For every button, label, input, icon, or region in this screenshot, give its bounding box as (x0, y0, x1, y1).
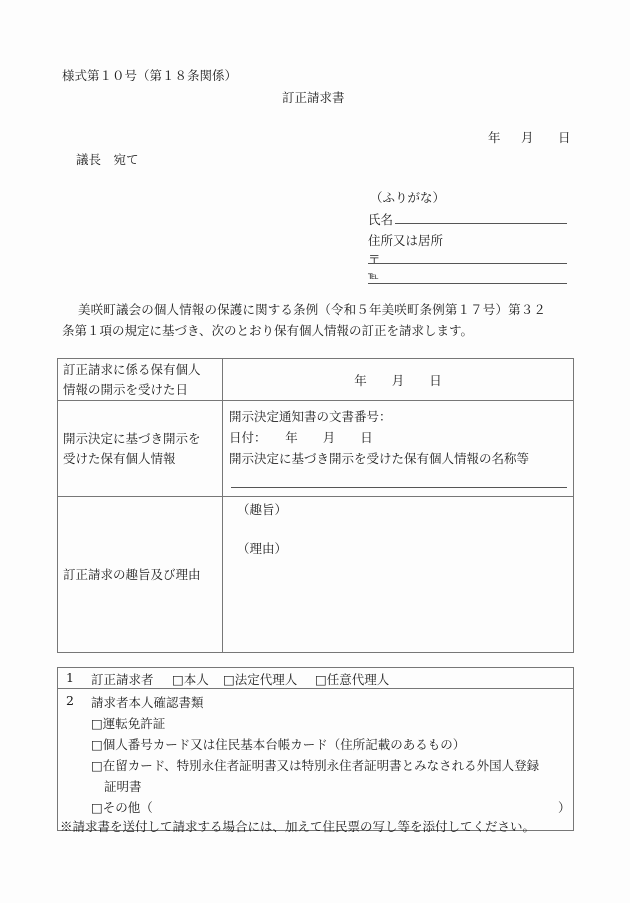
other-close-paren: ） (558, 798, 571, 816)
table-row-purpose-reason: 訂正請求の趣旨及び理由 （趣旨） （理由） (58, 497, 574, 653)
requester-label: 訂正請求者 (91, 670, 154, 688)
disclosure-date-label: 訂正請求に係る保有個人 情報の開示を受けた日 (58, 359, 223, 401)
id-docs-label: 請求者本人確認書類 (91, 693, 204, 711)
id-docs-section: 2 請求者本人確認書類 □運転免許証 □個人番号カード又は住民基本台帳カード（住… (58, 689, 573, 829)
purpose-reason-field[interactable]: （趣旨） （理由） (223, 497, 574, 653)
checkbox-other[interactable]: □その他（ (91, 798, 153, 816)
table-row-disclosed-info: 開示決定に基づき開示を 受けた保有個人情報 開示決定通知書の文書番号： 日付： … (58, 401, 574, 497)
info-name-label: 開示決定に基づき開示を受けた保有個人情報の名称等 (229, 448, 567, 469)
residence-card-continuation: 証明書 (104, 777, 142, 795)
table-row-disclosure-date: 訂正請求に係る保有個人 情報の開示を受けた日 年 月 日 (58, 359, 574, 401)
requester-row: 1 訂正請求者 □本人 □法定代理人 □任意代理人 (58, 668, 573, 689)
tel-field[interactable] (368, 269, 567, 284)
disclosure-date-field[interactable]: 年 月 日 (223, 359, 574, 401)
intro-line-2: 条第１項の規定に基づき、次のとおり保有個人情報の訂正を請求します。 (62, 321, 473, 339)
doc-number-label: 開示決定通知書の文書番号： (229, 406, 567, 427)
document-title: 訂正請求書 (282, 88, 345, 106)
mail-note: ※請求書を送付して請求する場合には、加えて住民票の写し等を添付してください。 (60, 817, 535, 835)
name-field[interactable] (395, 209, 567, 224)
id-docs-number: 2 (66, 693, 74, 708)
checkbox-self[interactable]: □本人 (172, 670, 209, 688)
intro-line-1: 美咲町議会の個人情報の保護に関する条例（令和５年美咲町条例第１７号）第３２ (78, 300, 546, 318)
checkbox-residence-card[interactable]: □在留カード、特別永住者証明書又は特別永住者証明書とみなされる外国人登録 (91, 756, 539, 774)
label-line: 受けた保有個人情報 (63, 449, 222, 469)
requester-number: 1 (66, 670, 74, 685)
address-field[interactable] (368, 249, 567, 264)
purpose-reason-label: 訂正請求の趣旨及び理由 (58, 497, 223, 653)
date-month: 月 (521, 128, 534, 146)
checkbox-legal-agent[interactable]: □法定代理人 (223, 670, 297, 688)
label-line: 訂正請求に係る保有個人 (63, 360, 222, 380)
checkbox-voluntary-agent[interactable]: □任意代理人 (315, 670, 389, 688)
date-day: 日 (558, 128, 571, 146)
request-details-table: 訂正請求に係る保有個人 情報の開示を受けた日 年 月 日 開示決定に基づき開示を… (57, 358, 574, 653)
disclosure-date-value: 年 月 日 (354, 373, 442, 388)
disclosed-info-label: 開示決定に基づき開示を 受けた保有個人情報 (58, 401, 223, 497)
furigana-label: （ふりがな） (370, 188, 445, 206)
purpose-label: （趣旨） (237, 500, 573, 518)
disclosed-info-field[interactable]: 開示決定通知書の文書番号： 日付： 年 月 日 開示決定に基づき開示を受けた保有… (223, 401, 574, 497)
name-label: 氏名 (368, 210, 393, 228)
date-year: 年 (488, 128, 501, 146)
checkbox-my-number-card[interactable]: □個人番号カード又は住民基本台帳カード（住所記載のあるもの） (91, 735, 465, 753)
form-number: 様式第１０号（第１８条関係） (62, 66, 237, 84)
notice-date-label: 日付： 年 月 日 (229, 427, 567, 448)
address-label: 住所又は居所 (368, 231, 443, 249)
label-line: 情報の開示を受けた日 (63, 380, 222, 400)
label-line: 開示決定に基づき開示を (63, 429, 222, 449)
info-name-underline (231, 487, 567, 488)
reason-label: （理由） (237, 539, 573, 557)
checkbox-drivers-license[interactable]: □運転免許証 (91, 714, 165, 732)
requester-info-box: 1 訂正請求者 □本人 □法定代理人 □任意代理人 2 請求者本人確認書類 □運… (57, 667, 574, 831)
addressee: 議長 宛て (76, 150, 139, 168)
